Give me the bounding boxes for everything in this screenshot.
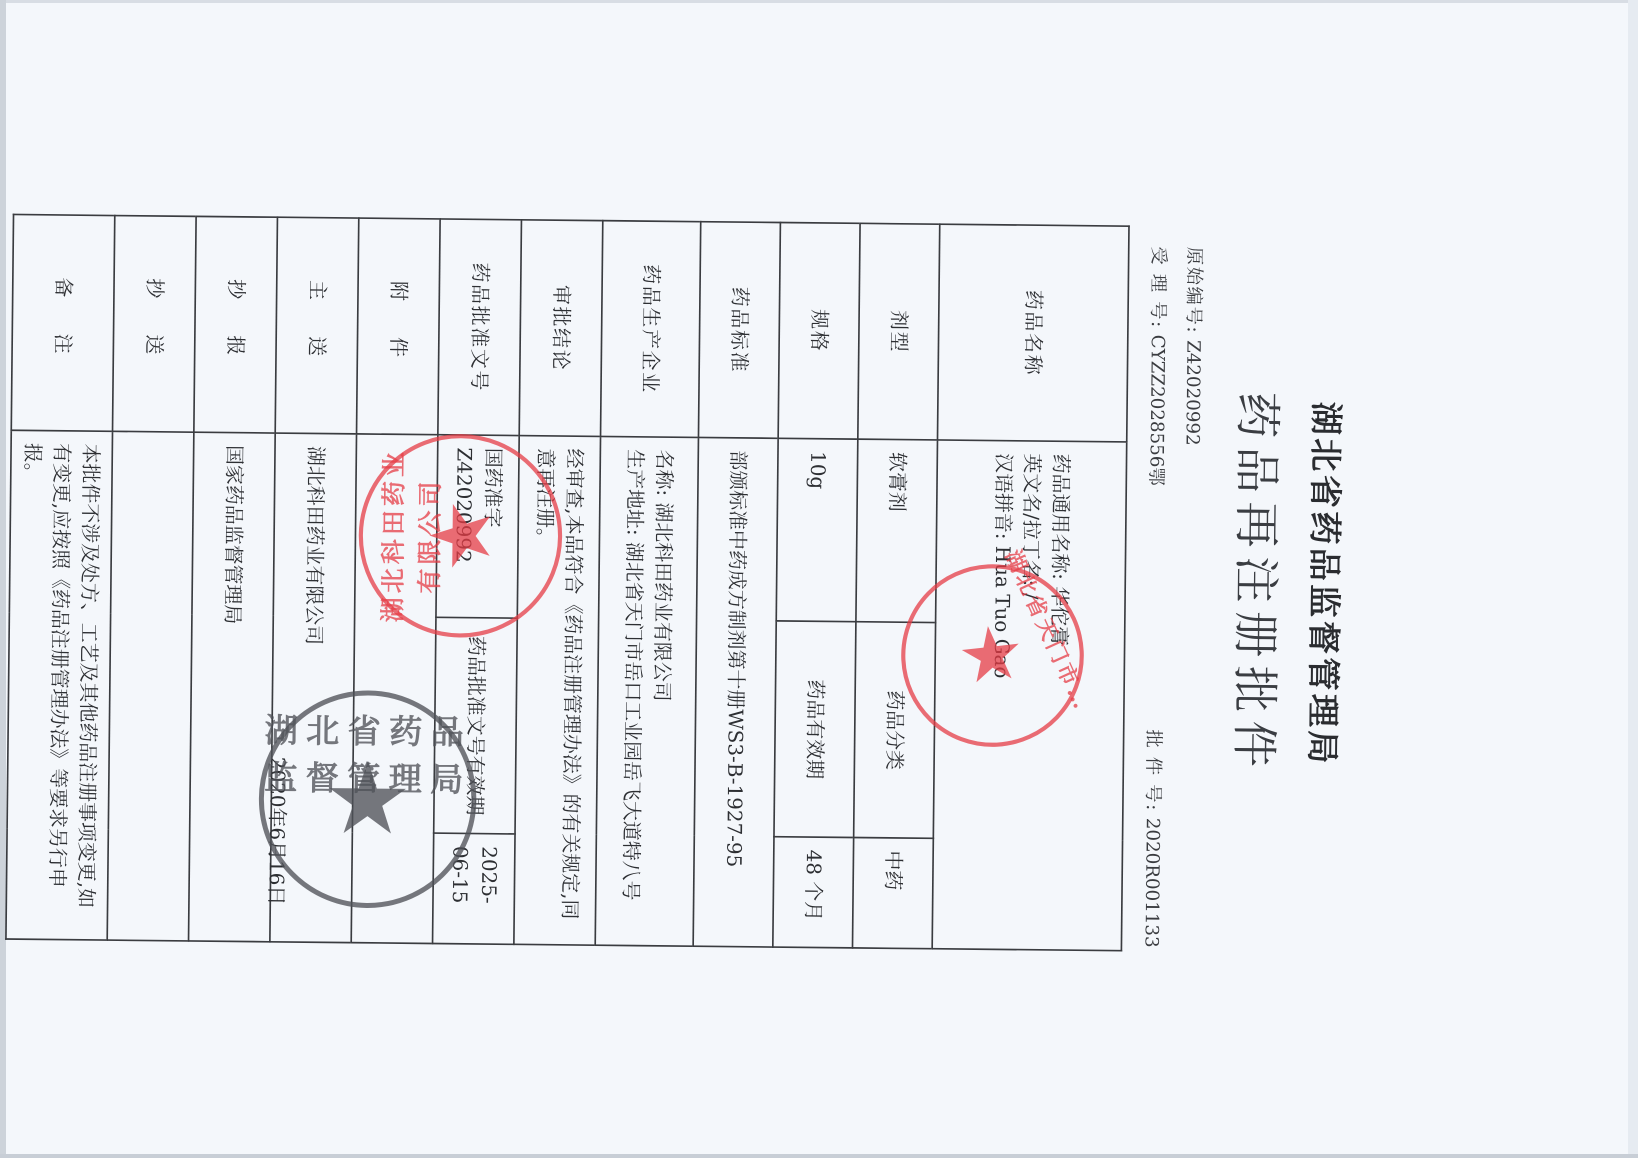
row-remarks: 备 注 本批件不涉及处方、工艺及其他药品注册事项变更,如有变更,应按照《药品注册… <box>6 214 115 940</box>
original-number-value: Z42020992 <box>1181 340 1203 446</box>
acceptance-number: 受 理 号: CYZZ2028556鄂 <box>1145 246 1173 486</box>
shelf-life-label: 药品有效期 <box>774 621 856 838</box>
scan-edge-bottom <box>0 1154 1638 1158</box>
pinyin-label: 汉语拼音: <box>991 453 1015 540</box>
report-to-label: 抄 报 <box>194 216 278 433</box>
standard-label: 药品标准 <box>698 222 780 439</box>
generic-name: 药品通用名称: 华佗膏 <box>1041 454 1075 938</box>
approval-validity-value: 2025-06-15 <box>433 833 515 944</box>
english-name-label: 英文名/拉丁名: <box>1019 453 1044 586</box>
approval-doc-number-value: 2020R001133 <box>1141 818 1163 948</box>
conclusion-label: 审批结论 <box>519 220 603 437</box>
acceptance-number-label: 受 理 号: <box>1147 246 1169 329</box>
document-title: 药品再注册批件 <box>1221 168 1296 999</box>
generic-name-label: 药品通用名称: <box>1048 454 1073 580</box>
row-manufacturer: 药品生产企业 名称: 湖北科田药业有限公司 生产地址: 湖北省天门市岳口工业园岳… <box>595 221 701 947</box>
drug-category-value: 中药 <box>852 838 933 949</box>
approval-number-label: 药品批准文号 <box>438 219 522 436</box>
issue-date: 2020年6月16日 <box>264 757 295 906</box>
approval-doc-number: 批 件 号: 2020R001133 <box>1140 729 1168 948</box>
manufacturer-name: 名称: 湖北科田药业有限公司 <box>644 449 678 933</box>
specification-label: 规格 <box>778 223 860 440</box>
conclusion-value: 经审查,本品符合《药品注册管理办法》的有关规定,同意再注册。 <box>514 436 601 946</box>
approval-validity-label: 药品批准文号有效期 <box>434 617 518 834</box>
registration-form-table: 药品名称 药品通用名称: 华佗膏 英文名/拉丁名: / 汉语拼音: Hua Tu… <box>5 214 1130 952</box>
attachment-label: 附 件 <box>357 218 441 435</box>
shelf-life-value: 48 个月 <box>773 837 854 948</box>
rotated-certificate-page: 湖北省药品监督管理局 药品再注册批件 原始编号: Z42020992 受 理 号… <box>234 158 1405 1000</box>
row-approval-number: 药品批准文号 国药准字Z42020992 药品批准文号有效期 2025-06-1… <box>433 219 522 944</box>
copy-to-value <box>107 431 194 941</box>
issuer-title: 湖北省药品监督管理局 <box>1299 169 1355 999</box>
english-name: 英文名/拉丁名: / <box>1012 453 1046 937</box>
manufacturer-name-value: 湖北科田药业有限公司 <box>650 502 675 701</box>
scan-edge-top <box>0 0 1638 3</box>
copy-to-label: 抄 送 <box>113 216 197 433</box>
manufacturer-address-label: 生产地址: <box>623 449 647 536</box>
dosage-form-value: 软膏剂 <box>856 439 938 623</box>
scan-edge-right <box>1628 0 1638 1158</box>
row-dosage-form: 剂型 软膏剂 药品分类 中药 <box>852 223 939 948</box>
standard-value: 部颁标准中药成方制剂第十册WS3-B-1927-95 <box>693 437 778 947</box>
row-specification: 规格 10g 药品有效期 48 个月 <box>773 223 860 948</box>
report-to-value: 国家药品监督管理局 <box>189 432 276 942</box>
english-name-value: / <box>1019 593 1042 600</box>
dosage-form-label: 剂型 <box>858 223 940 440</box>
generic-name-value: 华佗膏 <box>1048 586 1072 646</box>
pinyin-value: Hua Tuo Gao <box>989 546 1014 679</box>
scan-edge-left <box>0 0 6 1158</box>
specification-value: 10g <box>776 438 858 622</box>
attachment-value <box>351 434 438 944</box>
original-number-label: 原始编号: <box>1183 247 1205 335</box>
row-standard: 药品标准 部颁标准中药成方制剂第十册WS3-B-1927-95 <box>693 222 780 947</box>
original-number: 原始编号: Z42020992 <box>1181 247 1209 446</box>
drug-category-label: 药品分类 <box>854 622 936 839</box>
pinyin-name: 汉语拼音: Hua Tuo Gao <box>984 453 1018 937</box>
remarks-label: 备 注 <box>11 214 115 431</box>
manufacturer-address-value: 湖北省天门市岳口工业园岳飞大道特八号 <box>619 542 646 901</box>
manufacturer-cell: 名称: 湖北科田药业有限公司 生产地址: 湖北省天门市岳口工业园岳飞大道特八号 <box>595 436 698 946</box>
remarks-value: 本批件不涉及处方、工艺及其他药品注册事项变更,如有变更,应按照《药品注册管理办法… <box>6 430 113 940</box>
approval-number-value: 国药准字Z42020992 <box>436 435 519 619</box>
acceptance-number-value: CYZZ2028556鄂 <box>1145 335 1167 486</box>
drug-name-label: 药品名称 <box>937 224 1128 442</box>
drug-name-cell: 药品通用名称: 华佗膏 英文名/拉丁名: / 汉语拼音: Hua Tuo Gao <box>932 440 1127 951</box>
row-copy-to: 抄 送 <box>107 216 196 941</box>
manufacturer-name-label: 名称: <box>652 449 676 496</box>
main-recipient-label: 主 送 <box>275 217 359 434</box>
row-attachment: 附 件 <box>351 218 440 943</box>
manufacturer-label: 药品生产企业 <box>601 221 701 438</box>
approval-doc-number-label: 批 件 号: <box>1142 729 1164 812</box>
row-drug-name: 药品名称 药品通用名称: 华佗膏 英文名/拉丁名: / 汉语拼音: Hua Tu… <box>932 224 1129 951</box>
row-conclusion: 审批结论 经审查,本品符合《药品注册管理办法》的有关规定,同意再注册。 <box>514 220 603 945</box>
manufacturer-address: 生产地址: 湖北省天门市岳口工业园岳飞大道特八号 <box>615 449 649 933</box>
